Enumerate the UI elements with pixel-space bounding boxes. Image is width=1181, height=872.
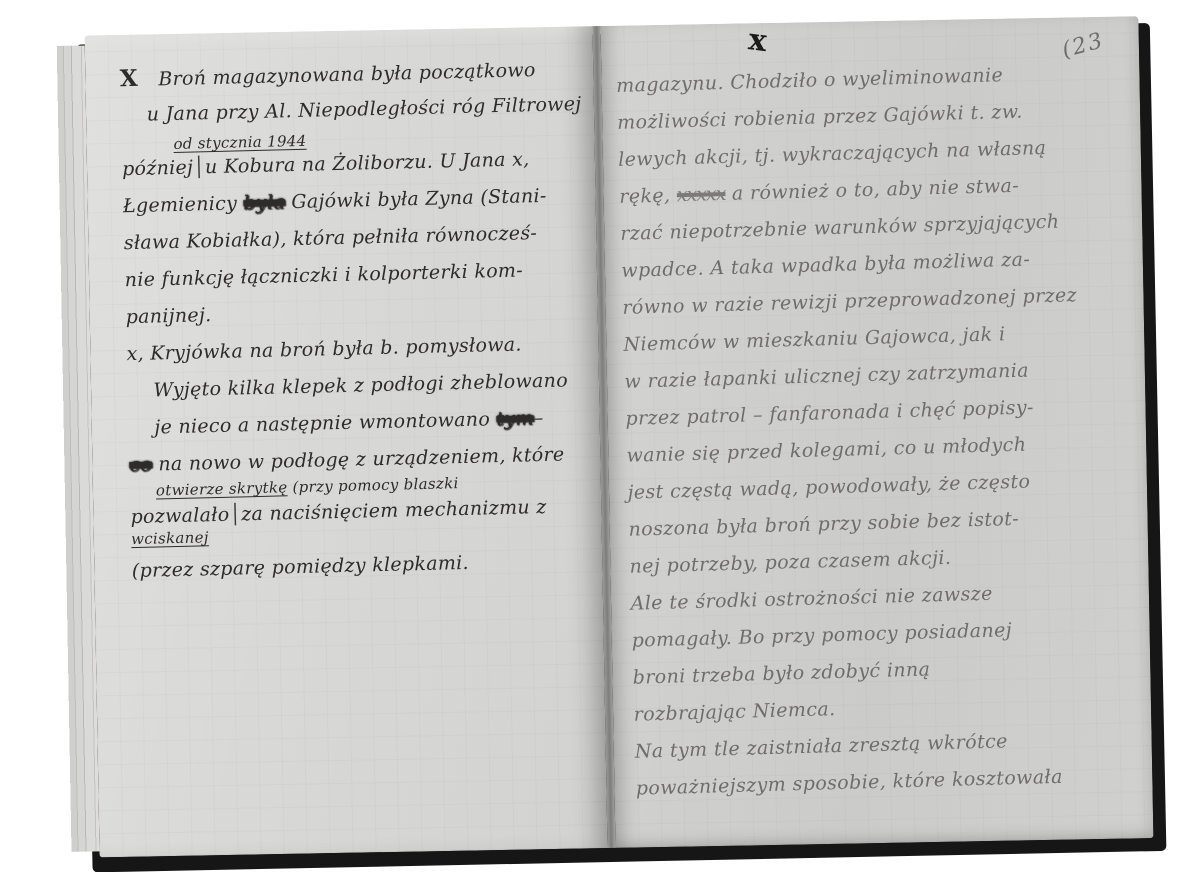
handwritten-text: broni trzeba było zdobyć inną [632,658,930,688]
crossed-out-text: co [129,454,152,477]
handwritten-text: sława Kobiałka), która pełniła równocześ… [124,222,538,254]
page-number: (23 [1060,28,1108,63]
handwritten-text: Niemców w mieszkaniu Gajowca, jak i [623,323,1006,356]
left-page: X Broń magazynowana była początkowou Jan… [85,26,608,857]
handwritten-text: rzać niepotrzebnie warunków sprzyjającyc… [620,211,1060,245]
annotation-mark: │ [193,156,205,178]
handwritten-text: rozbrajając Niemca. [633,698,835,726]
handwritten-text: Broń magazynowana była początkowo [158,59,536,90]
handwritten-text: wciskanej [131,528,209,548]
handwritten-text: równo w razie rewizji przeprowadzonej pr… [622,284,1077,319]
handwritten-text: x, Kryjówka na broń była b. pomysłowa. [126,334,522,366]
handwritten-text: poważniejszym sposobie, które kosztowała [636,766,1064,800]
handwritten-text: panijnej. [125,304,211,328]
annotation-mark: X [120,64,159,92]
photo-background: X Broń magazynowana była początkowou Jan… [0,0,1181,872]
handwritten-text: Łgemienicy [123,192,244,217]
handwritten-text: na nowo w podłogę z urządzeniem, które [152,444,565,476]
handwritten-text: za naciśnięciem mechanizmu z [241,496,547,525]
right-page-text: magazynu. Chodziło o wyeliminowaniemożli… [616,55,1091,807]
handwritten-text: Wyjęto kilka klepek z podłogi zheblowano [153,369,568,401]
handwritten-text: przez patrol – fanfaronada i chęć popisy… [625,396,1034,429]
handwritten-text: a również o to, aby nie stwa- [725,175,1019,205]
handwritten-text: – [533,407,543,429]
page-spread: X Broń magazynowana była początkowou Jan… [51,16,1154,858]
handwritten-text: jest częstą wadą, powodowały, że często [627,471,1030,504]
handwritten-text: nej potrzeby, poza czasem akcji. [629,547,951,578]
handwritten-text: noszona była broń przy sobie bez istot- [628,508,1019,541]
handwritten-text: lewych akcji, tj. wykraczających na włas… [618,137,1047,171]
handwritten-text: Gajówki była Zyna (Stani- [285,185,547,213]
handwritten-text: w razie łapanki ulicznej czy zatrzymania [624,360,1029,393]
handwritten-text: rękę, [619,184,677,208]
handwritten-text: nie funkcję łączniczki i kolporterki kom… [125,259,524,291]
handwritten-text: pomagały. Bo przy pomocy posiadanej [631,619,1012,652]
handwritten-text: u Jana przy Al. Niepodległości róg Filtr… [146,93,581,126]
handwritten-text: Ale te środki ostrożności nie zawsze [630,583,993,615]
handwritten-text: później [122,156,194,180]
left-page-text: X Broń magazynowana była początkowou Jan… [119,49,593,590]
crossed-out-text: tym [496,407,534,430]
annotation-mark: │ [229,503,241,525]
handwritten-text: je nieco a następnie wmontowano [154,408,497,438]
right-page: x (23 magazynu. Chodziło o wyeliminowani… [600,16,1153,848]
crossed-out-text: xxxxx [677,183,726,206]
handwritten-text: wanie się przed kolegami, co u młodych [626,434,1026,467]
handwritten-text: u Kobura na Żoliborzu. U Jana x, [205,148,530,178]
handwritten-text: (przez szparę pomiędzy klepkami. [132,552,469,582]
notebook: X Broń magazynowana była początkowou Jan… [51,16,1162,858]
handwritten-text: pozwalało [130,504,229,528]
handwritten-text: możliwości robienia przez Gajówki t. zw. [617,101,1023,134]
crossed-out-text: była [243,191,285,214]
handwritten-text: wpadce. A taka wpadka była możliwa za- [621,248,1030,281]
handwritten-text: Na tym tle zaistniała zresztą wkrótce [634,730,1008,762]
x-marker: x [747,22,769,59]
handwritten-text: magazynu. Chodziło o wyeliminowanie [616,64,1003,97]
